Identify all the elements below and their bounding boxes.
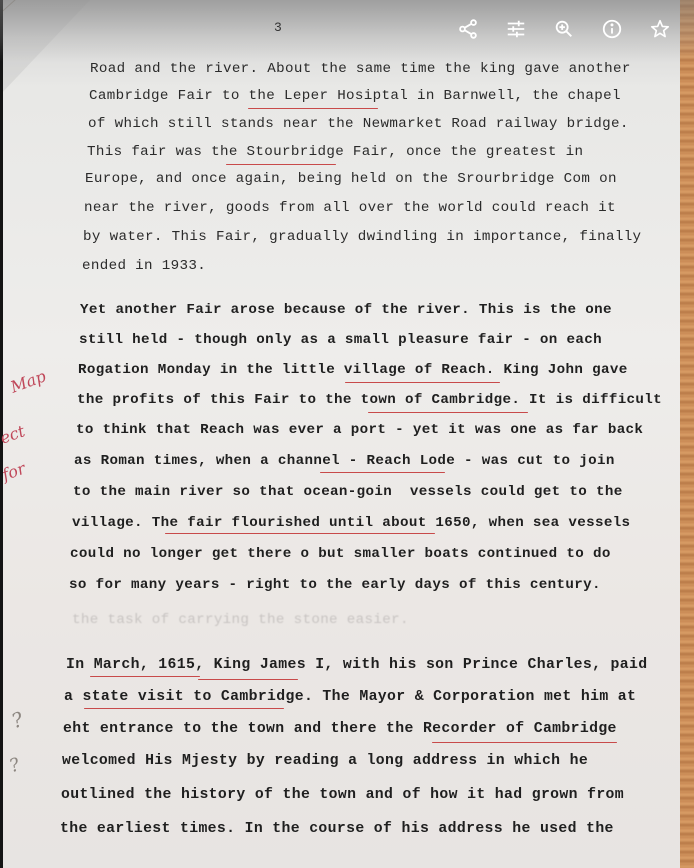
text-line: outlined the history of the town and of … [61,787,624,803]
red-underline [90,676,200,677]
share-button[interactable] [444,14,492,44]
text-line: Yet another Fair arose because of the ri… [80,302,612,318]
star-icon [649,18,671,40]
text-line: to think that Reach was ever a port - ye… [76,422,643,438]
text-line: Rogation Monday in the little village of… [78,362,628,378]
text-line: eht entrance to the town and there the R… [63,721,617,737]
red-underline [345,382,500,383]
red-underline [248,108,378,109]
red-underline [198,679,298,680]
favourite-button[interactable] [636,14,684,44]
lens-button[interactable] [540,14,588,44]
text-line: ended in 1933. [82,258,206,274]
red-underline [368,412,528,413]
red-underline [432,742,617,743]
text-line: village. The fair flourished until about… [72,515,630,531]
text-line: near the river, goods from all over the … [84,200,616,216]
share-icon [457,18,479,40]
text-line: of which still stands near the Newmarket… [88,116,629,132]
text-line: Road and the river. About the same time … [90,61,631,77]
bleed-through-text: the task of carrying the stone easier. [72,612,409,628]
margin-note: ect [0,421,27,447]
text-line: welcomed His Mjesty by reading a long ad… [62,753,588,769]
red-underline [226,164,336,165]
zoom-in-icon [553,18,575,40]
red-underline [320,472,445,473]
info-button[interactable] [588,14,636,44]
photo-canvas: 3 [0,0,694,868]
text-line: still held - though only as a small plea… [79,332,602,348]
margin-note: for [0,459,28,485]
text-line: the profits of this Fair to the town of … [77,392,662,408]
edit-button[interactable] [492,14,540,44]
adjust-icon [505,18,527,40]
text-line: In March, 1615, King James I, with his s… [66,657,647,673]
margin-note: Map [8,366,48,396]
text-line: to the main river so that ocean-goin ves… [73,484,623,500]
wooden-table-edge [680,0,694,868]
text-line: by water. This Fair, gradually dwindling… [83,229,641,245]
text-line: as Roman times, when a channel - Reach L… [74,453,615,469]
text-line: the earliest times. In the course of his… [60,821,614,837]
margin-note: ? [7,754,23,777]
info-icon [601,18,623,40]
text-line: so for many years - right to the early d… [69,577,601,593]
red-underline [165,533,435,534]
text-line: Europe, and once again, being held on th… [85,171,617,187]
text-line: Cambridge Fair to the Leper Hosiptal in … [89,88,621,104]
page-number: 3 [274,20,282,35]
text-line: could no longer get there o but smaller … [70,546,611,562]
text-line: a state visit to Cambridge. The Mayor & … [64,689,636,705]
viewer-toolbar [444,14,684,44]
margin-note: ? [8,707,26,733]
red-underline [84,708,284,709]
text-line: This fair was the Stourbridge Fair, once… [87,144,583,160]
